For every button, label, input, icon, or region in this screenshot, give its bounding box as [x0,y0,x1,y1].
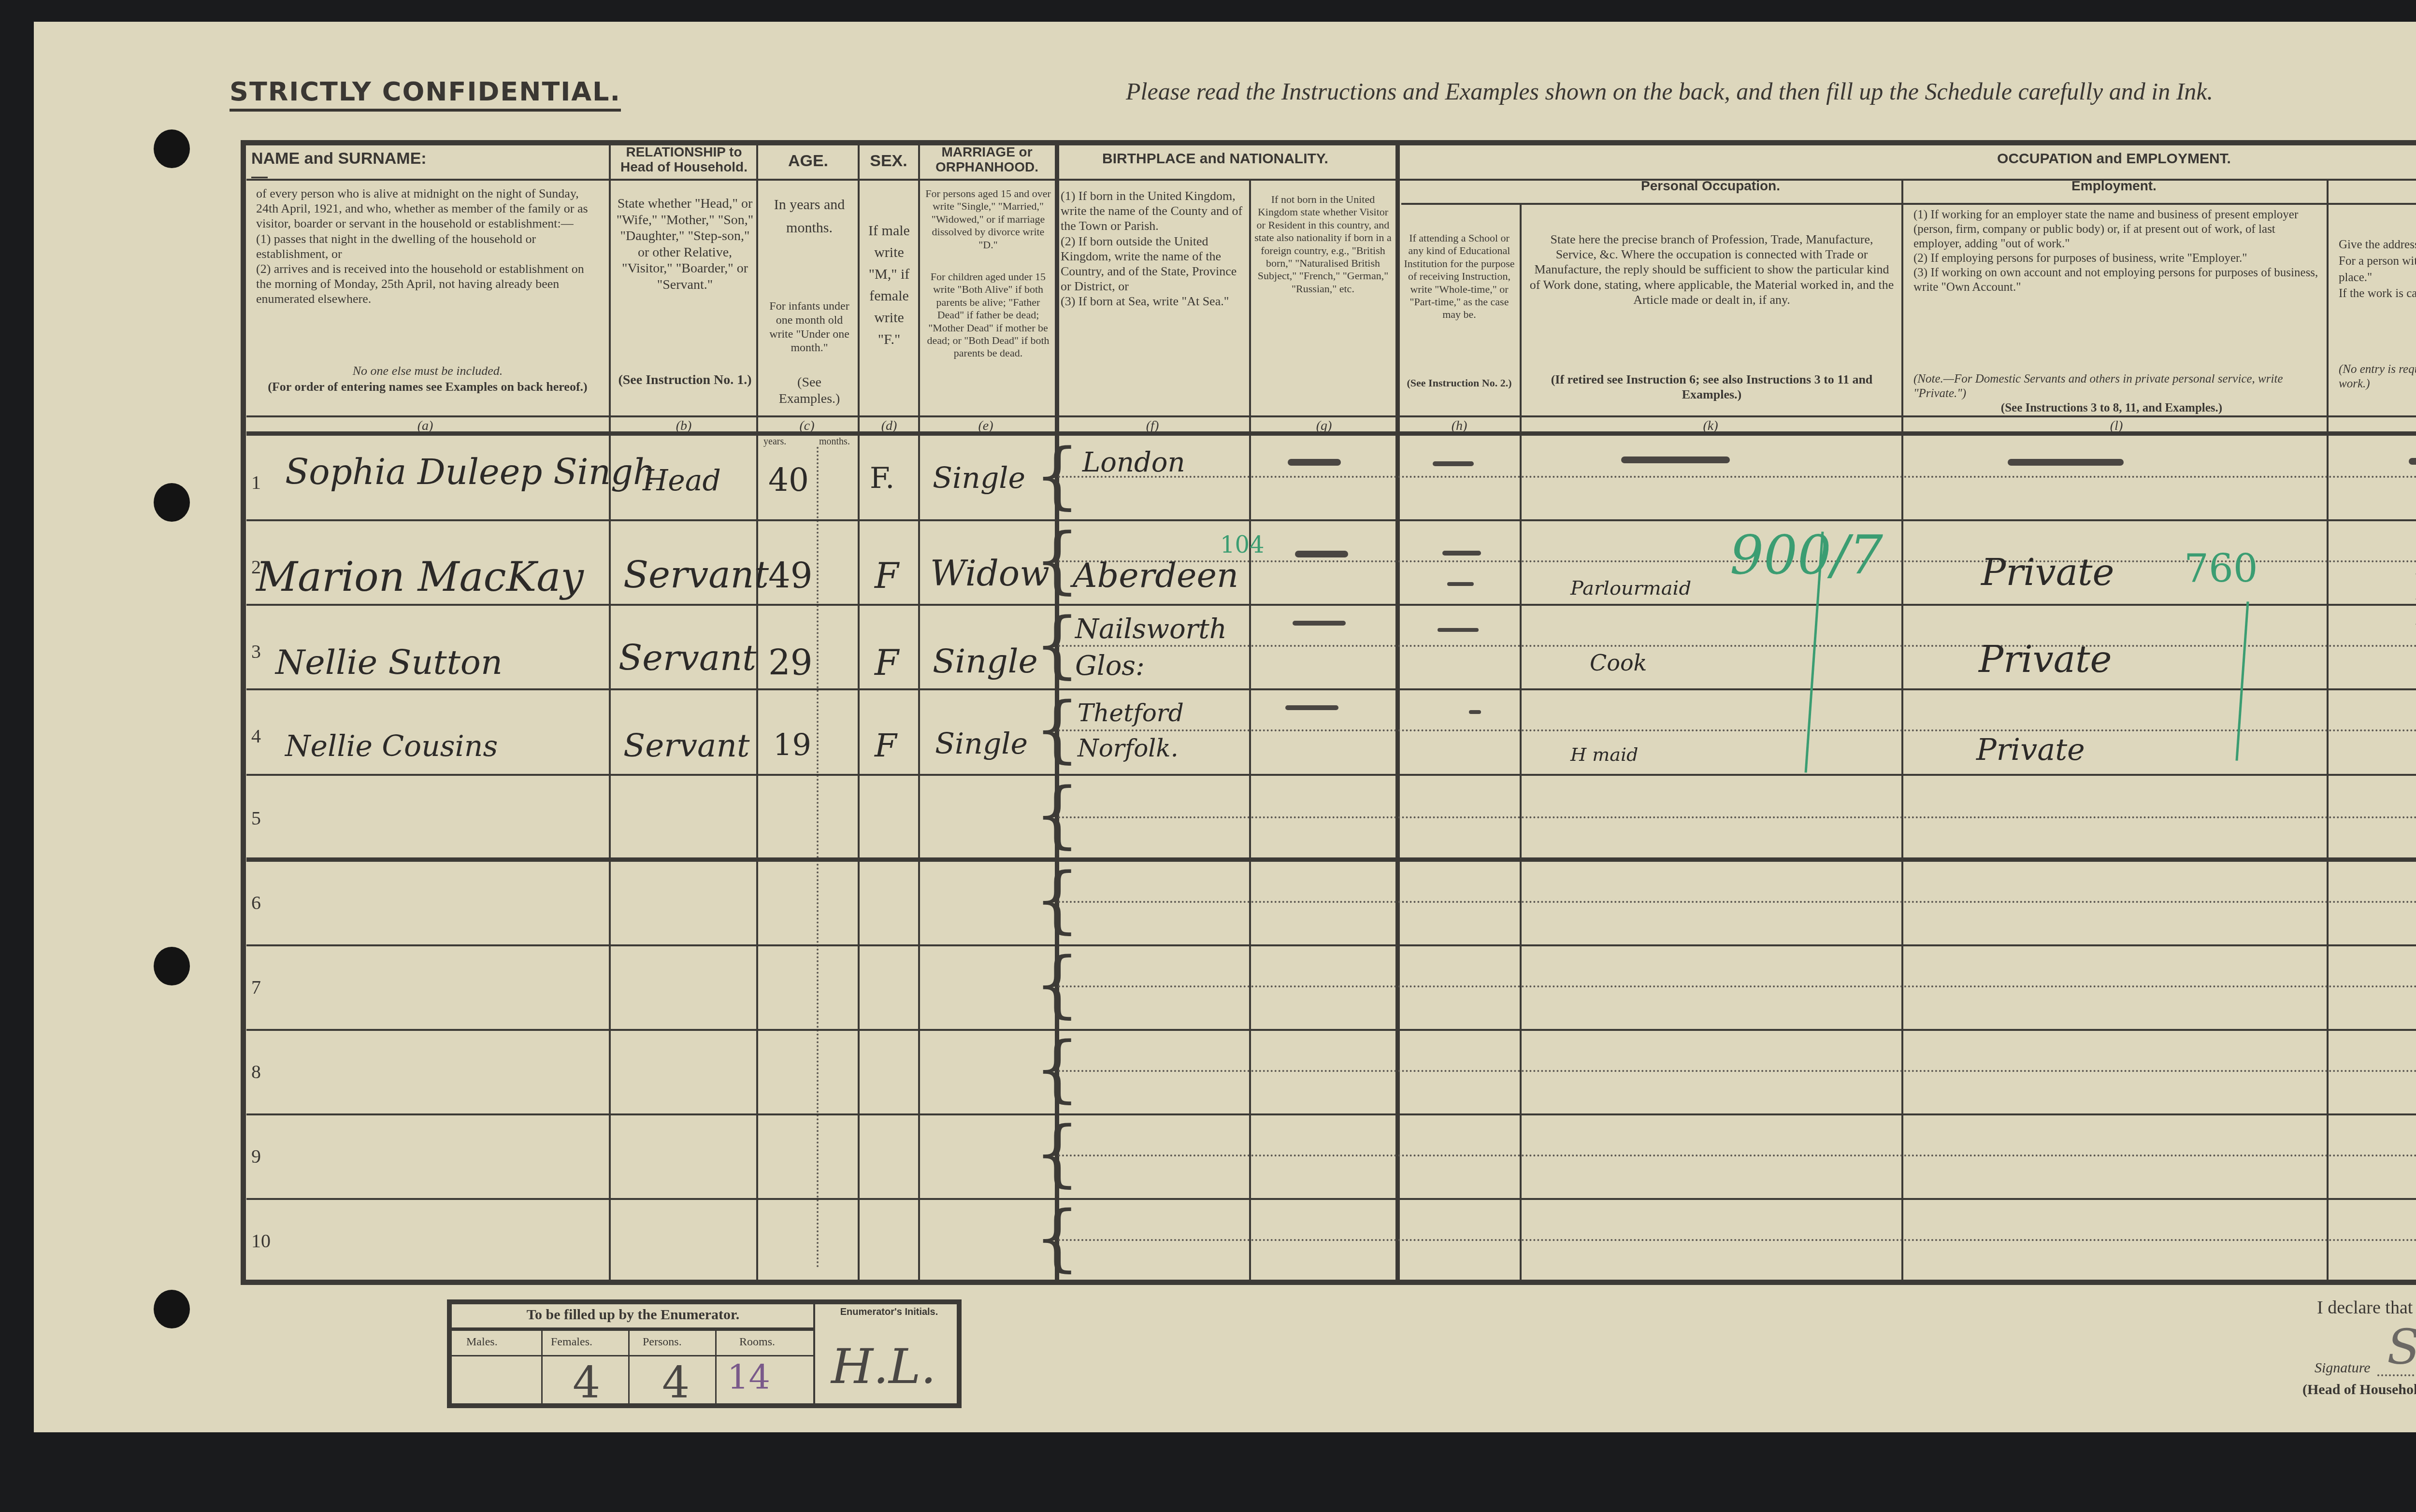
header-education-see: (See Instruction No. 2.) [1401,377,1517,389]
persons-label: Persons. [643,1336,682,1349]
row-4-education-dash [1469,710,1481,714]
header-birthplace-f-body: (1) If born in the United Kingdom, write… [1061,188,1247,309]
binding-hole [154,947,190,985]
header-relationship-title: RELATIONSHIP to Head of Household. [613,145,755,175]
row-3-education-dash [1438,628,1479,632]
header-age-body: In years and months. [768,193,850,240]
dotted-guide [1058,985,2416,987]
row-divider [246,1198,2416,1200]
signature-label: Signature [2315,1360,2371,1376]
header-place-note: (No entry is required for any person who… [2339,362,2416,391]
binding-hole [154,483,190,522]
brace: { [1034,1202,1080,1274]
column-divider [609,143,611,1283]
header-place-body: Give the address of each person's place … [2339,237,2416,302]
column-letter-a: (a) [411,418,440,434]
header-personal-occupation-see: (If retired see Instruction 6; see also … [1529,372,1894,402]
row-3-employment: Private [1979,638,2112,681]
row-2-name: Marion MacKay [256,553,584,600]
row-3-nationality-dash [1293,621,1346,626]
row-2-employment: Private [1981,551,2114,594]
column-letter-d: (d) [875,418,904,434]
row-4-occupation: H maid [1570,744,1638,765]
row-1-education-dash [1433,461,1474,466]
row-number: 1 [251,471,261,494]
header-relationship-body: State whether "Head," or "Wife," "Mother… [616,196,754,293]
binding-hole [154,1290,190,1328]
row-number: 7 [251,976,261,998]
column-divider [858,143,860,1283]
row-divider [246,688,2416,690]
row-4-sex: F [875,727,897,764]
row-1-birthplace: London [1082,447,1185,478]
brace: { [1034,1033,1080,1105]
column-divider [918,143,920,1283]
row-3-age: 29 [768,642,813,683]
header-employment-title: Employment. [1904,179,2324,194]
column-letter-e: (e) [971,418,1000,434]
header-name-body: of every person who is alive at midnight… [256,186,599,307]
divider [628,1331,630,1406]
rooms-value: 14 [727,1357,770,1397]
females-label: Females. [551,1336,592,1349]
header-marriage-body: For persons aged 15 and over write "Sing… [923,187,1053,251]
column-divider [1520,203,1522,1283]
row-3-occupation: Cook [1590,650,1647,676]
persons-value: 4 [662,1357,690,1408]
column-divider [1395,143,1400,1283]
divider [452,1327,813,1331]
row-4-name: Nellie Cousins [285,729,498,763]
row-3-birthplace: Nailsworth Glos: [1075,611,1239,684]
document-title: STRICTLY CONFIDENTIAL. [230,76,621,112]
header-personal-occupation-title: Personal Occupation. [1522,179,1899,194]
header-birthplace-g-body: If not born in the United Kingdom state … [1252,193,1394,295]
header-name-note: No one else must be included. [256,363,599,378]
column-letter-g: (g) [1309,418,1338,434]
header-sex-title: SEX. [860,152,917,170]
row-2-education-dash [1442,551,1481,556]
column-letter-b: (b) [669,418,698,434]
row-number: 6 [251,891,261,914]
header-name-title: NAME and SURNAME:— [251,150,435,186]
row-1-sex: F. [870,461,894,495]
row-2-age: 49 [768,556,813,596]
dotted-guide [1058,816,2416,818]
header-place-title: Place of Work. [2329,179,2416,194]
dotted-guide [1058,1239,2416,1241]
row-number: 9 [251,1145,261,1168]
column-letter-c: (c) [792,418,821,434]
row-1-occupation-dash [1621,456,1730,463]
instruction-line: Please read the Instructions and Example… [1126,77,2213,105]
row-3-name: Nellie Sutton [275,642,503,682]
header-birthplace-title: BIRTHPLACE and NATIONALITY. [1058,151,1372,167]
row-2-occupation: Parlourmaid [1570,577,1691,599]
row-2-birthplace: Aberdeen [1073,556,1238,595]
row-3-relationship: Servant [618,638,756,678]
column-letter-k: (k) [1696,418,1725,434]
birthplace-code-annotation: 104 [1220,531,1265,558]
occupation-code-annotation: 900/7 [1730,524,1883,586]
header-age-title: AGE. [759,152,858,170]
row-divider [246,944,2416,946]
dotted-guide [1058,729,2416,731]
brace: { [1034,864,1080,936]
enumerator-initials: H.L. [831,1338,936,1395]
row-2-sex: F [875,556,899,596]
divider [452,1355,813,1356]
header-personal-occupation-body: State here the precise branch of Profess… [1529,232,1894,307]
row-4-relationship: Servant [623,727,750,764]
signature: Sophia A Duleep Singh [2387,1319,2416,1375]
row-2-marriage: Widow [930,553,1050,594]
brace: { [1034,779,1080,851]
dotted-guide [1058,1155,2416,1156]
header-sex-body: If male write "M," if female write "F." [865,220,913,350]
header-name-order: (For order of entering names see Example… [256,379,599,394]
brace: { [1034,440,1080,512]
row-divider [246,774,2416,776]
age-months-label: months. [819,436,850,447]
row-1-marriage: Single [933,461,1025,495]
rooms-label: Rooms. [739,1336,775,1349]
employment-code-annotation: 760 [2184,546,2258,591]
divider [541,1331,543,1406]
header-marriage-children: For children aged under 15 write "Both A… [923,271,1053,360]
row-number: 3 [251,640,261,663]
row-3-marriage: Single [933,642,1038,681]
row-3-sex: F [875,642,899,683]
signature-caption: (Head of Household, Manager of Establish… [2302,1382,2416,1398]
brace: { [1034,693,1080,766]
header-employment-see: (See Instructions 3 to 8, 11, and Exampl… [1913,401,2310,415]
divider [715,1331,717,1406]
column-divider [756,143,758,1283]
dotted-guide [1058,1070,2416,1072]
row-1-relationship: Head [643,464,721,498]
header-employment-note: (Note.—For Domestic Servants and others … [1913,372,2319,401]
row-divider [246,1113,2416,1115]
header-education-body: If attending a School or any kind of Edu… [1401,232,1517,321]
column-letter-h: (h) [1445,418,1474,434]
divider [246,415,2416,417]
row-divider [246,519,2416,521]
dotted-guide [1058,901,2416,903]
males-label: Males. [466,1336,498,1349]
row-1-nationality-dash [1288,459,1341,466]
row-1-employment-dash [2008,459,2124,466]
row-4-birthplace: Thetford Norfolk. [1078,696,1213,766]
brace: { [1034,1117,1080,1190]
header-age-see: (See Examples.) [768,374,850,407]
column-letter-l: (l) [2102,418,2131,434]
declaration-text: I declare that this Schedule is correctl… [2317,1297,2416,1318]
row-4-marriage: Single [935,727,1028,761]
row-divider [246,1029,2416,1031]
brace: { [1034,948,1080,1021]
row-1-name: Sophia Duleep Singh [285,452,655,492]
row-2-nationality-dash [1295,551,1348,557]
brace: { [1034,609,1080,681]
row-number: 8 [251,1060,261,1083]
header-occupation-group-title: OCCUPATION and EMPLOYMENT. [1901,151,2327,167]
header-age-infants: For infants under one month old write "U… [766,300,853,355]
row-2-education-dash-2 [1447,582,1474,586]
row-1-place-dash [2409,458,2416,465]
row-number: 10 [251,1229,271,1252]
row-2-relationship: Servant [623,553,769,596]
header-relationship-see: (See Instruction No. 1.) [616,372,754,388]
enumerator-box-heading: To be filled up by the Enumerator. [454,1307,812,1323]
age-years-label: years. [763,436,786,447]
binding-hole [154,129,190,168]
row-divider [246,604,2416,606]
row-number: 4 [251,725,261,747]
row-4-age: 19 [773,727,811,762]
header-marriage-title: MARRIAGE or ORPHANHOOD. [920,145,1053,175]
divider [1401,203,2416,205]
row-4-employment: Private [1976,732,2085,767]
females-value: 4 [573,1357,600,1408]
column-letter-f: (f) [1138,418,1167,434]
row-number: 5 [251,807,261,829]
dotted-guide [1058,645,2416,647]
dotted-guide [1058,476,2416,478]
enumerator-initials-label: Enumerator's Initials. [821,1307,957,1318]
row-4-nationality-dash [1285,705,1338,710]
row-divider [246,857,2416,862]
header-employment-body: (1) If working for an employer state the… [1913,208,2319,295]
row-1-age: 40 [768,461,809,499]
divider [813,1302,815,1406]
